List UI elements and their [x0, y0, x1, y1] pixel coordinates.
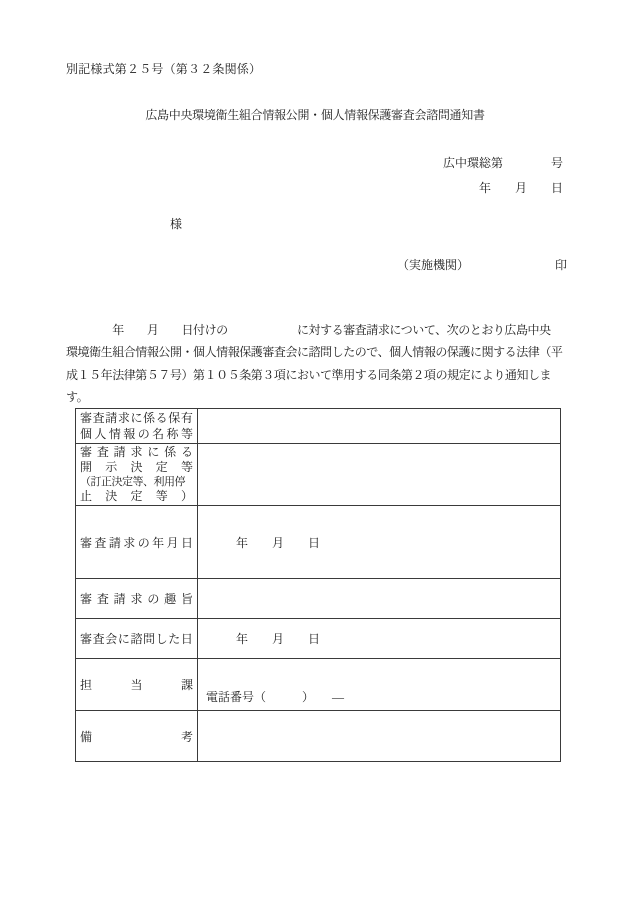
row-label-line: 開示決定等 [80, 460, 193, 475]
seal-mark: 印 [555, 256, 567, 273]
body-line: す。 [66, 386, 564, 408]
table-row-responsible-section: 担当課 電話番号（ ） ― [76, 659, 561, 711]
row-label-cell: 審査会に諮問した日 [76, 619, 198, 659]
notification-table: 審査請求に係る保有 個人情報の名称等 審査請求に係る 開示決定等 （訂正決定等、… [75, 408, 561, 762]
table-row-request-date: 審査請求の年月日 年 月 日 [76, 506, 561, 579]
row-label-cell: 審査請求の趣旨 [76, 579, 198, 619]
notification-body: 年 月 日付けの に対する審査請求について、次のとおり広島中央 環境衛生組合情報… [66, 319, 564, 408]
row-label-line: 審査請求の年月日 [80, 534, 193, 551]
reference-number-line: 広中環総第 号 [443, 151, 563, 176]
row-label-line: （訂正決定等、利用停 [80, 475, 193, 490]
row-label-cell: 審査請求に係る保有 個人情報の名称等 [76, 409, 198, 444]
document-page: 別記様式第２５号（第３２条関係） 広島中央環境衛生組合情報公開・個人情報保護審査… [0, 0, 630, 903]
table-row-request-purport: 審査請求の趣旨 [76, 579, 561, 619]
row-label-line: 担当課 [80, 676, 193, 693]
row-value-cell [198, 444, 561, 506]
body-line: 年 月 日付けの に対する審査請求について、次のとおり広島中央 [66, 319, 564, 341]
issuer-row: （実施機関） 印 [397, 256, 567, 273]
table-row-consultation-date: 審査会に諮問した日 年 月 日 [76, 619, 561, 659]
table-row-held-info-name: 審査請求に係る保有 個人情報の名称等 [76, 409, 561, 444]
table-row-remarks: 備考 [76, 711, 561, 762]
row-label-line: 審査請求に係る保有 [80, 410, 193, 426]
body-line: 環境衛生組合情報公開・個人情報保護審査会に諮問したので、個人情報の保護に関する法… [66, 341, 564, 363]
row-label-line: 止決定等） [80, 489, 193, 504]
row-label-cell: 備考 [76, 711, 198, 762]
form-number: 別記様式第２５号（第３２条関係） [66, 60, 261, 77]
issuing-agency-label: （実施機関） [397, 256, 469, 273]
table-row-disclosure-decision: 審査請求に係る 開示決定等 （訂正決定等、利用停 止決定等） [76, 444, 561, 506]
row-value-cell [198, 711, 561, 762]
row-label-cell: 審査請求の年月日 [76, 506, 198, 579]
row-value-cell [198, 409, 561, 444]
row-value-cell: 年 月 日 [198, 619, 561, 659]
document-title: 広島中央環境衛生組合情報公開・個人情報保護審査会諮問通知書 [0, 106, 630, 123]
row-label-line: 個人情報の名称等 [80, 426, 193, 442]
addressee-honorific: 様 [170, 215, 182, 232]
reference-block: 広中環総第 号 年 月 日 [443, 151, 563, 201]
row-value-cell: 電話番号（ ） ― [198, 659, 561, 711]
row-label-cell: 審査請求に係る 開示決定等 （訂正決定等、利用停 止決定等） [76, 444, 198, 506]
date-line: 年 月 日 [443, 176, 563, 201]
row-label-line: 備考 [80, 728, 193, 745]
row-label-line: 審査請求に係る [80, 445, 193, 460]
row-label-cell: 担当課 [76, 659, 198, 711]
row-value-cell: 年 月 日 [198, 506, 561, 579]
row-label-line: 審査会に諮問した日 [80, 630, 193, 647]
body-line: 成１５年法律第５７号）第１０５条第３項において準用する同条第２項の規定により通知… [66, 364, 564, 386]
row-label-line: 審査請求の趣旨 [80, 590, 193, 607]
row-value-cell [198, 579, 561, 619]
